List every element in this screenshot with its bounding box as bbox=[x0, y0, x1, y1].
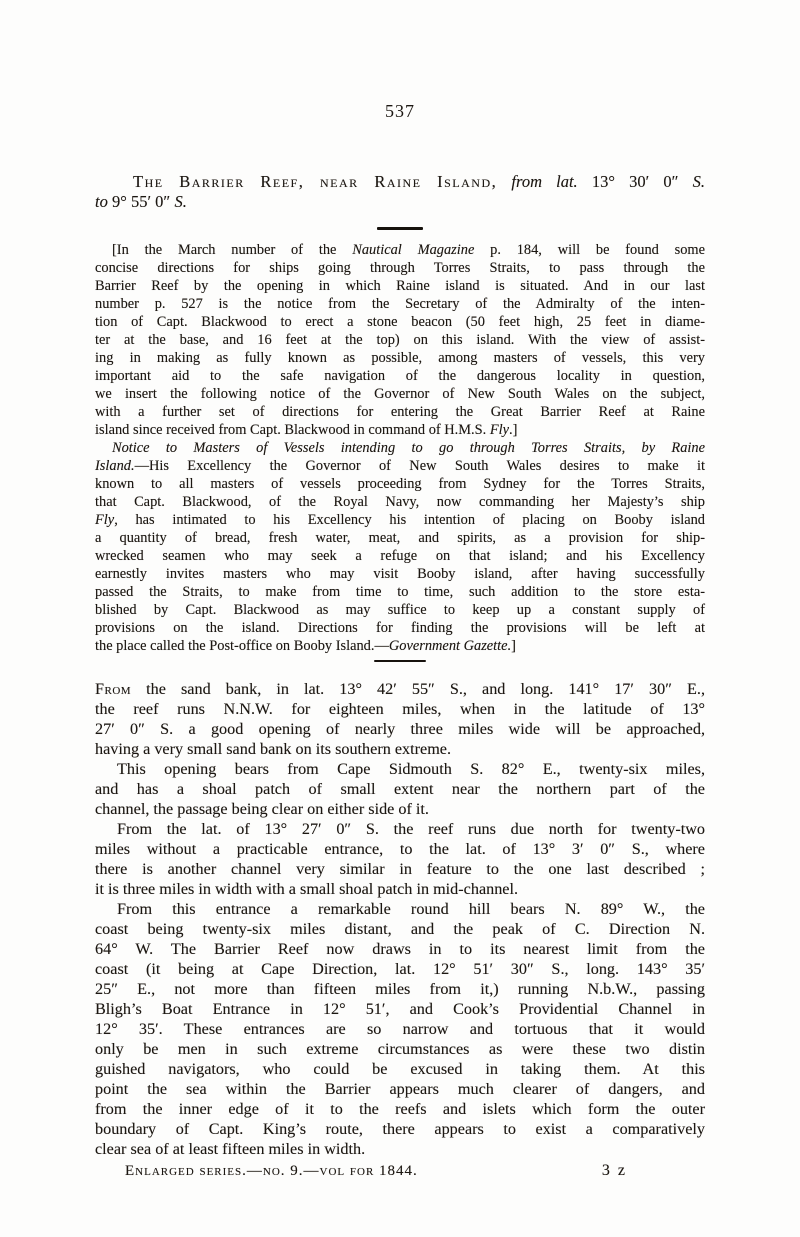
text-line: From the sand bank, in lat. 13° 42′ 55″ … bbox=[95, 679, 705, 699]
text-line: ter at the base, and 16 feet at the top)… bbox=[95, 331, 705, 349]
text-line: The Barrier Reef, near Raine Island, fro… bbox=[95, 172, 705, 192]
text-line: 27′ 0″ S. a good opening of nearly three… bbox=[95, 719, 705, 739]
body-paragraph-4: From this entrance a remarkable round hi… bbox=[95, 899, 705, 1159]
text-line: that Capt. Blackwood, of the Royal Navy,… bbox=[95, 493, 705, 511]
page-footer: Enlarged series.—no. 9.—vol for 1844. 3 … bbox=[95, 1162, 705, 1180]
body-paragraph-3: From the lat. of 13° 27′ 0″ S. the reef … bbox=[95, 819, 705, 899]
text-line: wrecked seamen who may seek a refuge on … bbox=[95, 547, 705, 565]
text-line: miles without a practicable entrance, to… bbox=[95, 839, 705, 859]
scanned-book-page: 537 The Barrier Reef, near Raine Island,… bbox=[0, 0, 800, 1237]
text-line: Barrier Reef by the opening in which Rai… bbox=[95, 277, 705, 295]
text-line: passed the Straits, to make from time to… bbox=[95, 583, 705, 601]
text-line: earnestly invites masters who may visit … bbox=[95, 565, 705, 583]
text-line: important aid to the safe navigation of … bbox=[95, 367, 705, 385]
article-title: The Barrier Reef, near Raine Island, fro… bbox=[95, 172, 705, 212]
text-line: it is three miles in width with a small … bbox=[95, 879, 705, 899]
text-line: with a further set of directions for ent… bbox=[95, 403, 705, 421]
text-line: point the sea within the Barrier appears… bbox=[95, 1079, 705, 1099]
text-line: Fly, has intimated to his Excellency his… bbox=[95, 511, 705, 529]
text-line: boundary of Capt. King’s route, there ap… bbox=[95, 1119, 705, 1139]
section-divider-rule bbox=[374, 660, 426, 663]
text-line: we insert the following notice of the Go… bbox=[95, 385, 705, 403]
main-text-section: From the sand bank, in lat. 13° 42′ 55″ … bbox=[95, 679, 705, 1159]
text-line: Island.—His Excellency the Governor of N… bbox=[95, 457, 705, 475]
text-column: The Barrier Reef, near Raine Island, fro… bbox=[0, 172, 800, 1180]
text-line: there is another channel very similar in… bbox=[95, 859, 705, 879]
notice-section: [In the March number of the Nautical Mag… bbox=[95, 241, 705, 655]
text-line: blished by Capt. Blackwood as may suffic… bbox=[95, 601, 705, 619]
text-line: concise directions for ships going throu… bbox=[95, 259, 705, 277]
text-line: channel, the passage being clear on eith… bbox=[95, 799, 705, 819]
text-line: a quantity of bread, fresh water, meat, … bbox=[95, 529, 705, 547]
section-divider-rule bbox=[377, 227, 423, 230]
text-line: [In the March number of the Nautical Mag… bbox=[95, 241, 705, 259]
body-paragraph-1: From the sand bank, in lat. 13° 42′ 55″ … bbox=[95, 679, 705, 759]
text-line: Enlarged series.—no. 9.—vol for 1844. bbox=[125, 1162, 418, 1180]
text-line: coast (it being at Cape Direction, lat. … bbox=[95, 959, 705, 979]
volume-imprint: Enlarged series.—no. 9.—vol for 1844. bbox=[95, 1162, 418, 1180]
text-line: only be men in such extreme circumstance… bbox=[95, 1039, 705, 1059]
body-paragraph-2: This opening bears from Cape Sidmouth S.… bbox=[95, 759, 705, 819]
text-line: island since received from Capt. Blackwo… bbox=[95, 421, 705, 439]
page-number: 537 bbox=[0, 0, 800, 121]
text-line: the place called the Post-office on Boob… bbox=[95, 637, 705, 655]
text-line: from the inner edge of it to the reefs a… bbox=[95, 1099, 705, 1119]
text-line: known to all masters of vessels proceedi… bbox=[95, 475, 705, 493]
text-line: number p. 527 is the notice from the Sec… bbox=[95, 295, 705, 313]
text-line: 12° 35′. These entrances are so narrow a… bbox=[95, 1019, 705, 1039]
text-line: Bligh’s Boat Entrance in 12° 51′, and Co… bbox=[95, 999, 705, 1019]
text-line: tion of Capt. Blackwood to erect a stone… bbox=[95, 313, 705, 331]
text-line: coast being twenty-six miles distant, an… bbox=[95, 919, 705, 939]
text-line: 25″ E., not more than fifteen miles from… bbox=[95, 979, 705, 999]
text-line: to 9° 55′ 0″ S. bbox=[95, 192, 705, 212]
government-notice-paragraph: Notice to Masters of Vessels intending t… bbox=[95, 439, 705, 655]
text-line: and has a shoal patch of small extent ne… bbox=[95, 779, 705, 799]
editorial-note-paragraph: [In the March number of the Nautical Mag… bbox=[95, 241, 705, 439]
text-line: the reef runs N.N.W. for eighteen miles,… bbox=[95, 699, 705, 719]
text-line: From the lat. of 13° 27′ 0″ S. the reef … bbox=[95, 819, 705, 839]
text-line: Notice to Masters of Vessels intending t… bbox=[95, 439, 705, 457]
text-line: This opening bears from Cape Sidmouth S.… bbox=[95, 759, 705, 779]
text-line: having a very small sand bank on its sou… bbox=[95, 739, 705, 759]
text-line: From this entrance a remarkable round hi… bbox=[95, 899, 705, 919]
text-line: provisions on the island. Directions for… bbox=[95, 619, 705, 637]
text-line: guished navigators, who could be excused… bbox=[95, 1059, 705, 1079]
text-line: 64° W. The Barrier Reef now draws in to … bbox=[95, 939, 705, 959]
signature-mark: 3 z bbox=[602, 1162, 705, 1180]
text-line: clear sea of at least fifteen miles in w… bbox=[95, 1139, 705, 1159]
text-line: ing in making as fully known as possible… bbox=[95, 349, 705, 367]
